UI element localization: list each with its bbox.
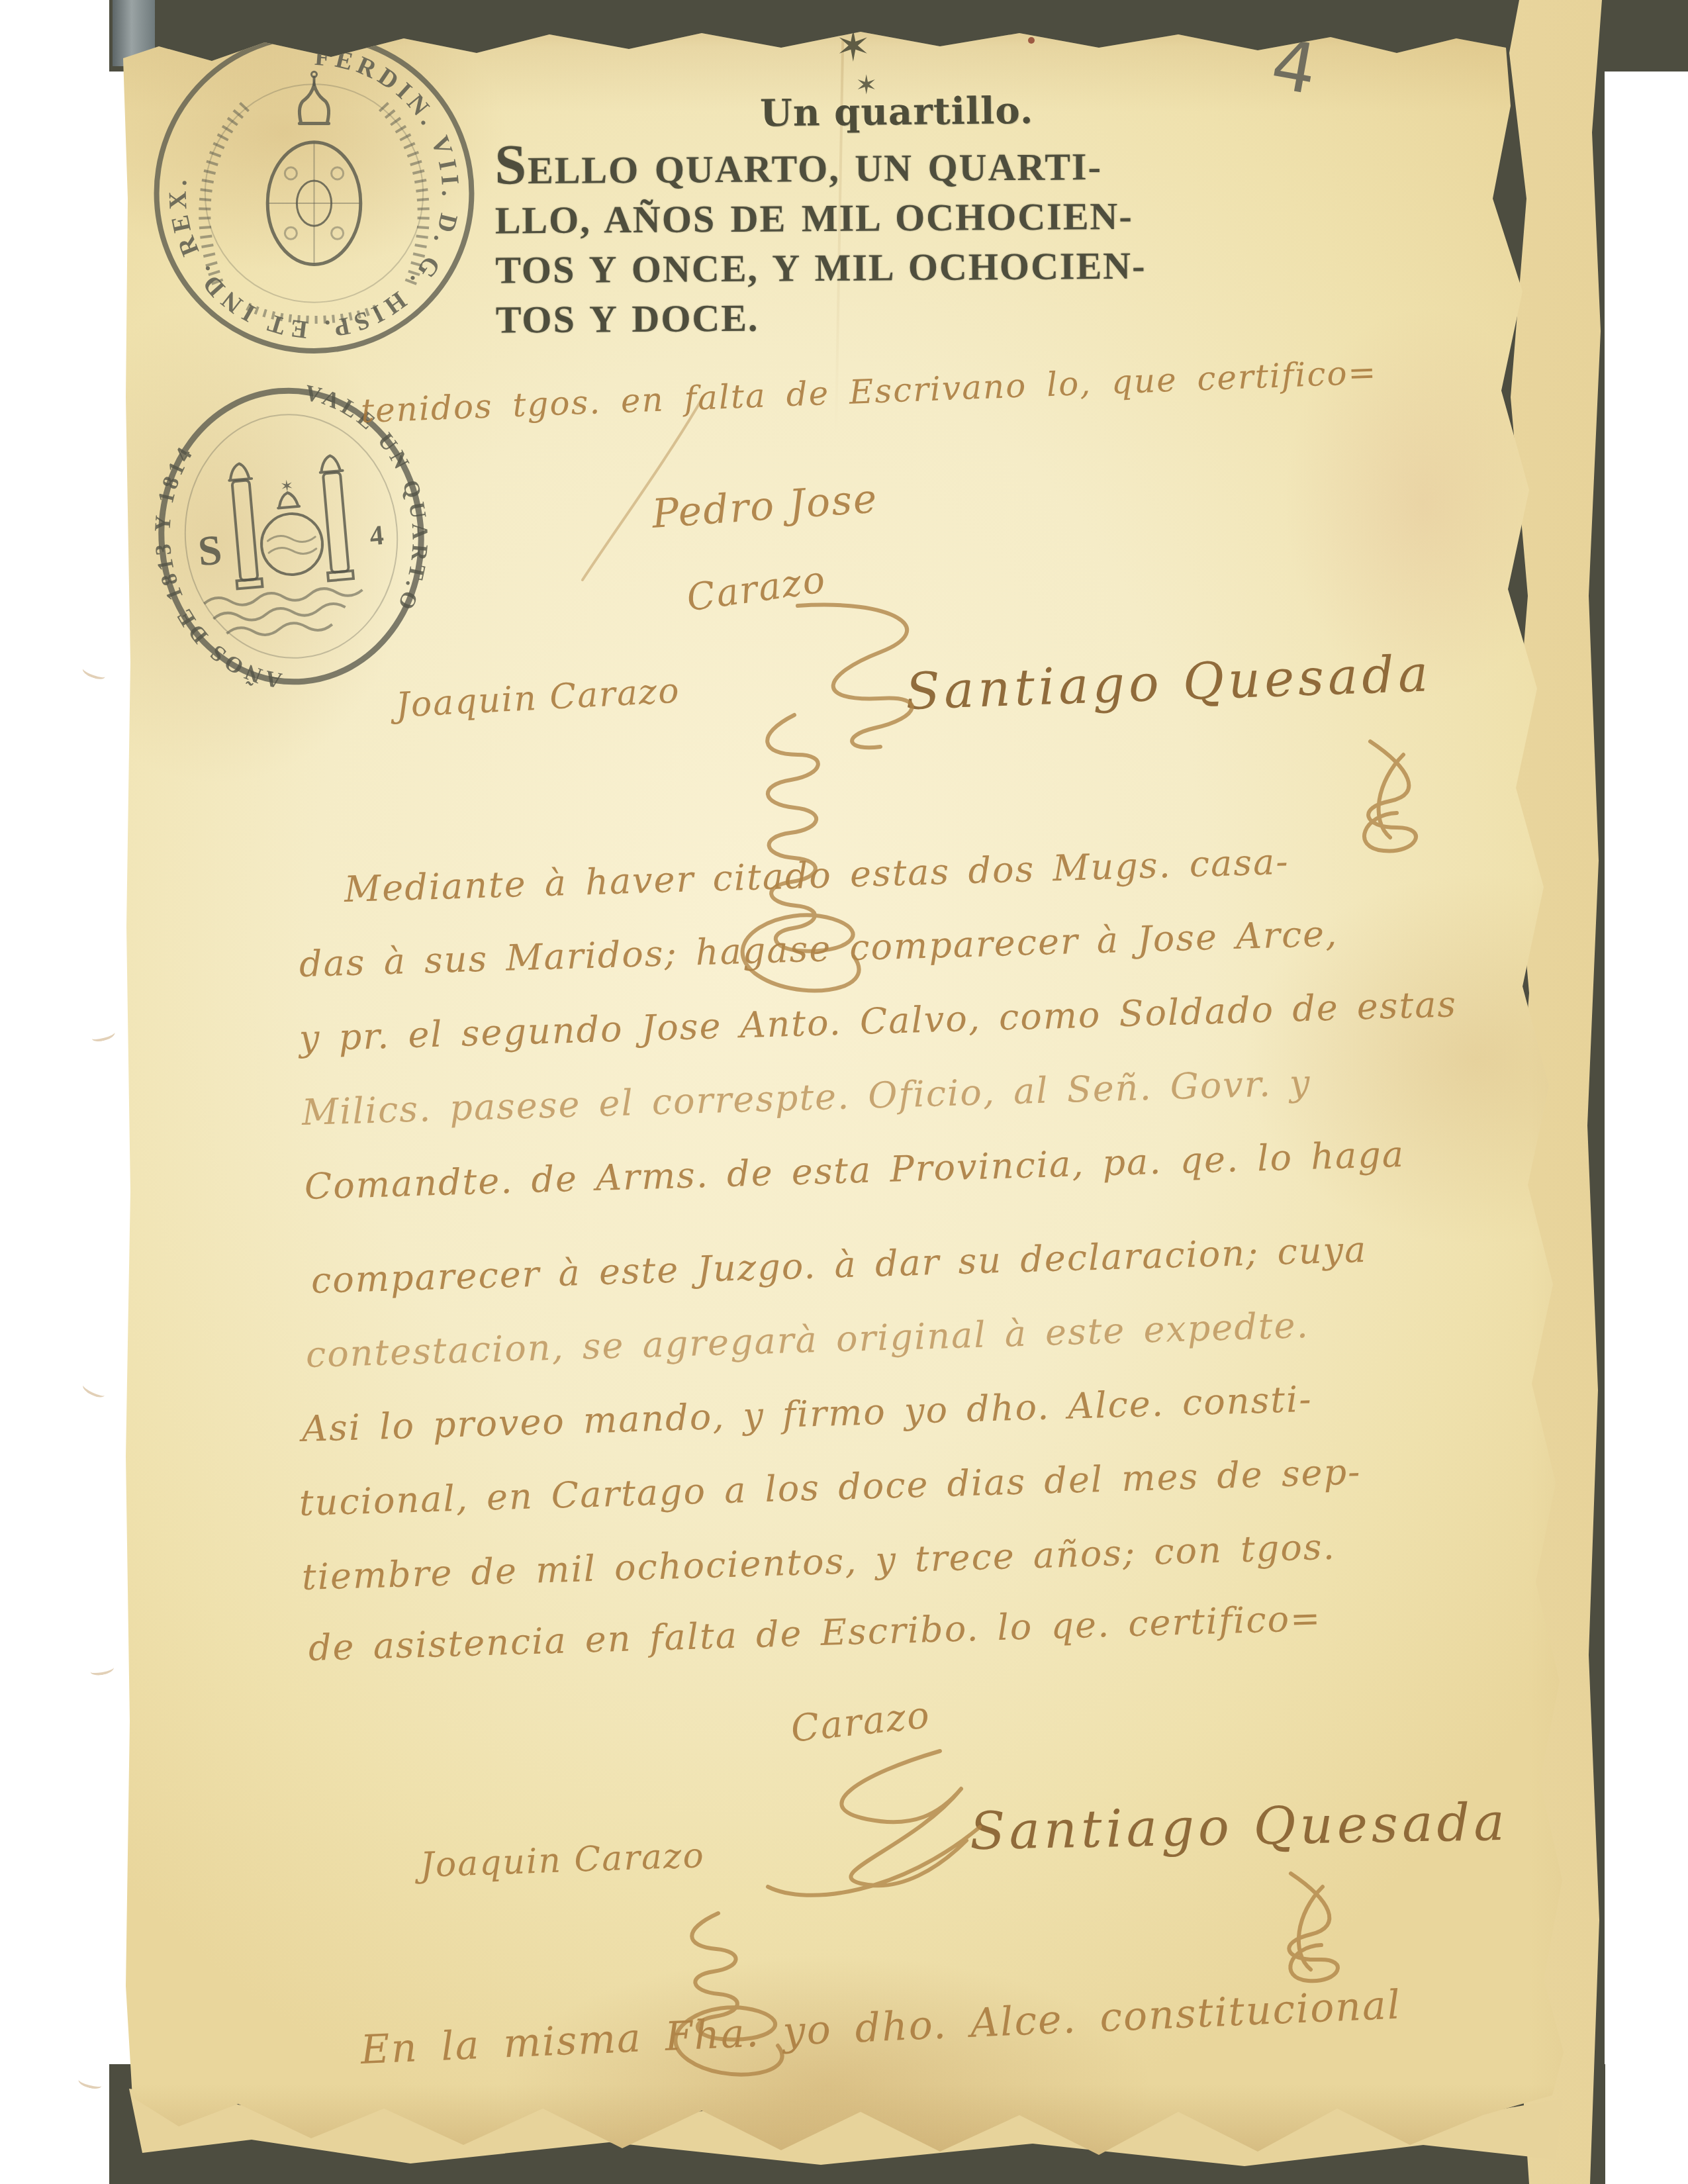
- signature-santiago-top: Santiago Quesada: [904, 643, 1432, 721]
- body-line: Mediante à haver citado estas dos Mugs. …: [344, 841, 1289, 910]
- body-line: y pr. el segundo Jose Anto. Calvo, como …: [299, 983, 1458, 1059]
- habilitation-letter: S: [196, 526, 224, 575]
- rubric-santiago-bottom: [1289, 1874, 1338, 1981]
- rubric-carazo-top: [798, 605, 912, 748]
- body-line: Comandte. de Arms. de esta Provincia, pa…: [304, 1133, 1405, 1208]
- ink-spot: [1028, 37, 1035, 44]
- seal-text-line: TOS Y DOCE.: [496, 291, 1147, 345]
- signature-joaquin-bottom: Joaquin Carazo: [420, 1836, 706, 1885]
- body-line: das à sus Maridos; hagase comparecer à J…: [299, 912, 1338, 985]
- body-line: de asistencia en falta de Escribo. lo qe…: [308, 1597, 1322, 1669]
- rubric-santiago-top: [1364, 741, 1416, 851]
- bleed-mark: [89, 1662, 115, 1677]
- habilitation-star-icon: ✶: [279, 476, 294, 496]
- body-line: comparecer à este Juzgo. à dar su declar…: [310, 1229, 1368, 1302]
- bleed-mark: [77, 2075, 103, 2091]
- body-line: Asi lo proveo mando, y firmo yo dho. Alc…: [301, 1378, 1313, 1450]
- signature-carazo-bottom: Carazo: [789, 1693, 933, 1751]
- seal-text-line: TOS Y ONCE, Y MIL OCHOCIEN-: [495, 241, 1147, 295]
- certification-line: tenidos tgos. en falta de Escrivano lo, …: [360, 353, 1378, 430]
- rubric-carazo-bottom: [768, 1751, 980, 1895]
- habilitation-numeral: 4: [369, 520, 385, 552]
- document-page: ✶ ✶ Un quartillo. SELLO QUARTO, UN QUART…: [0, 0, 1688, 2184]
- bleed-mark: [91, 1027, 117, 1044]
- plate-label: Un quartillo.: [760, 89, 1034, 135]
- body-line: Milics. pasese el correspte. Oficio, al …: [301, 1062, 1311, 1133]
- bleed-mark: [81, 663, 107, 681]
- signature-pedro-jose: Pedro Jose: [651, 475, 880, 538]
- body-line: contestacion, se agregarà original à est…: [305, 1304, 1309, 1376]
- signature-santiago-bottom: Santiago Quesada: [969, 1793, 1509, 1862]
- seal-text-line: LLO, AÑOS DE MIL OCHOCIEN-: [495, 191, 1147, 246]
- signature-carazo-top: Carazo: [684, 558, 829, 620]
- bleed-mark: [81, 1380, 107, 1400]
- closing-line: En la misma Fha. yo dho. Alce. constituc…: [359, 1981, 1402, 2073]
- body-line: tucional, en Cartago a los doce dias del…: [299, 1450, 1362, 1524]
- seal-text-line: SELLO QUARTO, UN QUARTI-: [494, 136, 1146, 196]
- body-line: tiembre de mil ochocientos, y trece años…: [301, 1526, 1336, 1598]
- manuscript-scan: ✶ ✶ Un quartillo. SELLO QUARTO, UN QUART…: [0, 0, 1688, 2184]
- royal-seal-stamp-icon: FERDIN. VII. D. G. HISP. ET IND. REX.: [147, 24, 481, 363]
- seal-text-block: SELLO QUARTO, UN QUARTI- LLO, AÑOS DE MI…: [494, 136, 1147, 345]
